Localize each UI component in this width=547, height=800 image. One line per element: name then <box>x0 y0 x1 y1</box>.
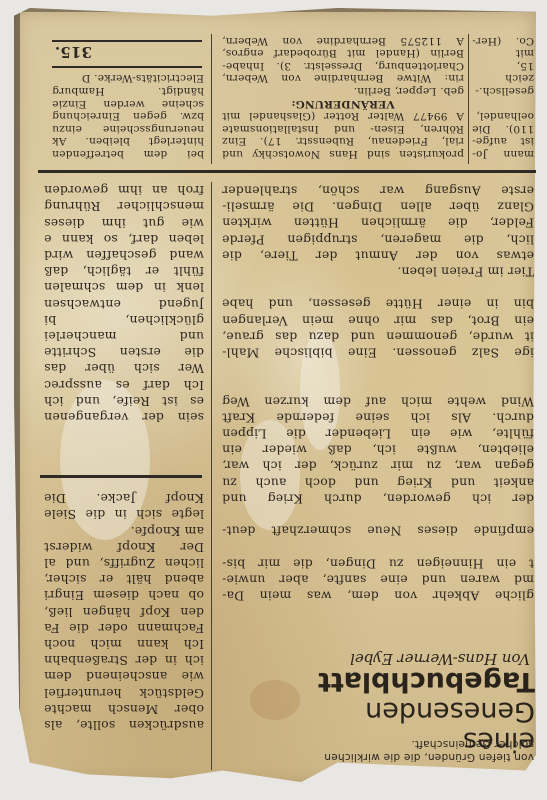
column-divider <box>468 34 469 164</box>
article-side-column-lower: ausdrücken sollte, als ober Mensch macht… <box>44 490 204 733</box>
article-side-column-upper: sein der vergangenen es ist Reife, und i… <box>44 182 204 425</box>
narrow-column: mann Jo- ist aufge- 110). Die oelhandel,… <box>472 34 534 160</box>
article-main-column: gliche Abkehr von dem, was mein Da- md w… <box>222 182 534 603</box>
horizontal-rule <box>38 170 536 173</box>
headline-line-1: Tagebuchblatt <box>285 666 535 696</box>
column-divider <box>211 34 212 164</box>
register-announcements: prokuristen sind Hans Nowotschky und ria… <box>222 34 464 160</box>
notice-text: bei dem betreffenden hinterlegt bleiben.… <box>52 72 204 160</box>
horizontal-rule <box>52 40 202 42</box>
preceding-article-tail: von tiefen Gründen, die die wirklichen s… <box>222 738 534 763</box>
horizontal-rule <box>40 475 202 478</box>
page-marker: 315. <box>52 44 92 60</box>
horizontal-rule <box>52 66 202 68</box>
column-divider <box>211 182 212 770</box>
section-heading: VERÄNDERUNG: <box>222 97 464 110</box>
